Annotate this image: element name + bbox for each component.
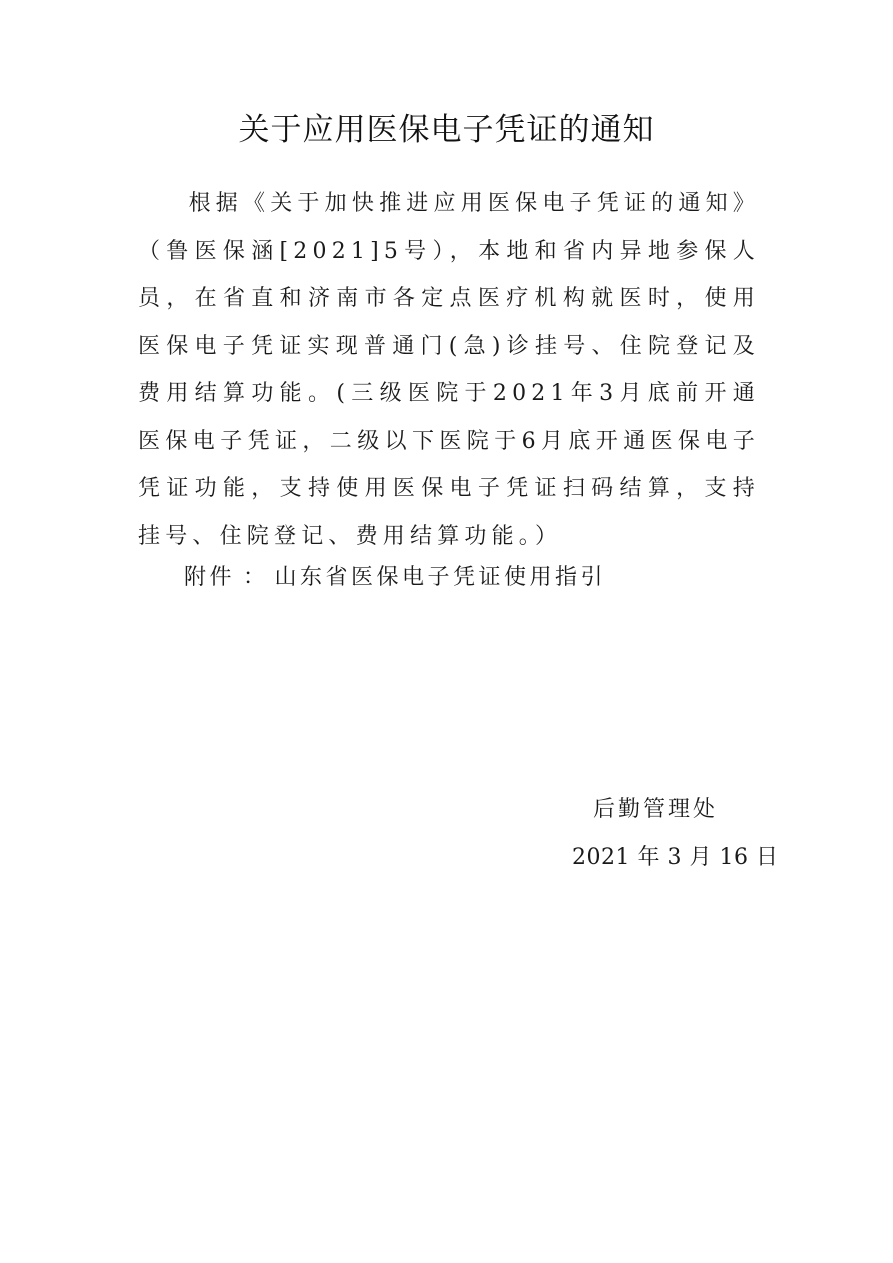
body-paragraph: 根据《关于加快推进应用医保电子凭证的通知》（鲁医保涵[2021]5号），本地和省… [138,180,760,560]
signature-department: 后勤管理处 [593,790,718,830]
signature-date: 2021 年 3 月 16 日 [572,838,778,878]
attachment-label: 附件 [184,565,235,590]
document-page: 关于应用医保电子凭证的通知 根据《关于加快推进应用医保电子凭证的通知》（鲁医保涵… [0,0,893,1263]
attachment-name: 山东省医保电子凭证使用指引 [275,565,607,590]
attachment-line: 附件：山东省医保电子凭证使用指引 [184,558,606,598]
document-title: 关于应用医保电子凭证的通知 [0,108,893,152]
attachment-separator: ： [243,565,269,590]
